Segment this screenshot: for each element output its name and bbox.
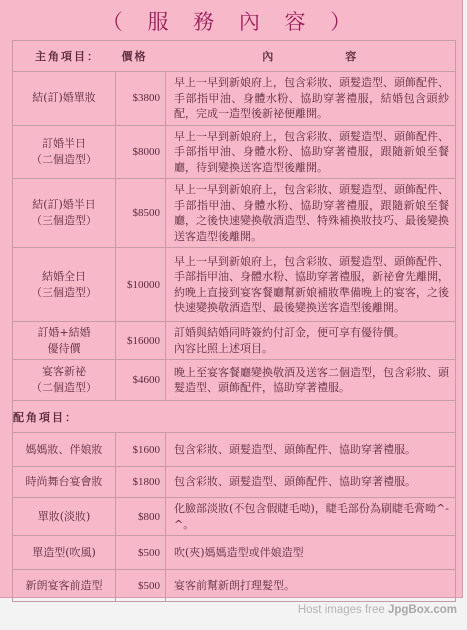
table-row: 結(訂)婚單妝 $3800 早上一早到新娘府上，包含彩妝、頭髮造型、頭飾配件、手… xyxy=(13,72,456,126)
table-row: 結婚全日（三個造型） $10000 早上一早到新娘府上，包含彩妝、頭髮造型、頭飾… xyxy=(13,248,456,322)
section-header-row: 配角項目： xyxy=(13,401,456,433)
table-row: 單妝(淡妝) $800 化臉部淡妝(不包含假睫毛呦)，睫毛部份為刷睫毛膏呦^-^… xyxy=(13,498,456,536)
service-content: 早上一早到新娘府上，包含彩妝、頭髮造型、頭飾配件、手部指甲油、身體水粉、協助穿著… xyxy=(166,248,456,322)
service-content: 包含彩妝、頭髮造型、頭飾配件、協助穿著禮服。 xyxy=(166,467,456,498)
service-price: $10000 xyxy=(116,248,166,322)
section-accessory-items: 配角項目： xyxy=(13,401,456,433)
service-content: 早上一早到新娘府上，包含彩妝、頭髮造型、頭飾配件、手部指甲油、身體水粉、協助穿著… xyxy=(166,72,456,126)
page-title: （ 服 務 內 容 ） xyxy=(0,6,462,36)
table-row: 媽媽妝、伴娘妝 $1600 包含彩妝、頭髮造型、頭飾配件、協助穿著禮服。 xyxy=(13,433,456,467)
table-row: 新朗宴客前造型 $500 宴客前幫新朗打理髮型。 xyxy=(13,570,456,602)
service-price: $1800 xyxy=(116,467,166,498)
service-name: 單造型(吹風) xyxy=(13,536,116,570)
service-price: $3800 xyxy=(116,72,166,126)
host-footer: Host images free JpgBox.com xyxy=(298,604,457,616)
service-price: $8000 xyxy=(116,125,166,179)
service-name: 結(訂)婚半日（三個造型） xyxy=(13,179,116,248)
service-content: 化臉部淡妝(不包含假睫毛呦)，睫毛部份為刷睫毛膏呦^-^。 xyxy=(166,498,456,536)
service-price: $500 xyxy=(116,570,166,602)
header-content-char-2: 容 xyxy=(345,48,358,64)
service-price: $1600 xyxy=(116,433,166,467)
service-name: 時尚舞台宴會妝 xyxy=(13,467,116,498)
service-name: 訂婚半日（二個造型） xyxy=(13,125,116,179)
price-list-panel: （ 服 務 內 容 ） 主角項目： 價格 內容 結(訂)婚單妝 $3800 早上… xyxy=(0,0,463,598)
table-header-row: 主角項目： 價格 內容 xyxy=(13,41,456,72)
service-content: 早上一早到新娘府上，包含彩妝、頭髮造型、頭飾配件、手部指甲油、身體水粉、協助穿著… xyxy=(166,179,456,248)
header-price: 價格 xyxy=(116,41,166,72)
service-content: 早上一早到新娘府上，包含彩妝、頭髮造型、頭飾配件、手部指甲油、身體水粉、協助穿著… xyxy=(166,125,456,179)
service-table: 主角項目： 價格 內容 結(訂)婚單妝 $3800 早上一早到新娘府上，包含彩妝… xyxy=(12,40,456,602)
service-price: $4600 xyxy=(116,360,166,401)
service-name: 結(訂)婚單妝 xyxy=(13,72,116,126)
service-content: 晚上至宴客餐廳變換敬酒及送客二個造型，包含彩妝、頭髮造型、頭飾配件，協助穿著禮服… xyxy=(166,360,456,401)
service-name: 宴客新祕（二個造型） xyxy=(13,360,116,401)
header-content-char-1: 內 xyxy=(262,48,275,64)
service-name: 媽媽妝、伴娘妝 xyxy=(13,433,116,467)
footer-brand-link[interactable]: JpgBox.com xyxy=(388,604,457,616)
service-name: 單妝(淡妝) xyxy=(13,498,116,536)
service-content: 吹(夾)媽媽造型或伴娘造型 xyxy=(166,536,456,570)
table-row: 訂婚+結婚優待價 $16000 訂婚與結婚同時簽約付訂金，便可享有優待價。 內容… xyxy=(13,322,456,360)
service-name: 訂婚+結婚優待價 xyxy=(13,322,116,360)
service-content: 包含彩妝、頭髮造型、頭飾配件、協助穿著禮服。 xyxy=(166,433,456,467)
service-price: $500 xyxy=(116,536,166,570)
service-name: 結婚全日（三個造型） xyxy=(13,248,116,322)
table-row: 時尚舞台宴會妝 $1800 包含彩妝、頭髮造型、頭飾配件、協助穿著禮服。 xyxy=(13,467,456,498)
service-price: $800 xyxy=(116,498,166,536)
footer-text: Host images free xyxy=(298,604,388,616)
header-main-items: 主角項目： xyxy=(13,41,116,72)
table-row: 訂婚半日（二個造型） $8000 早上一早到新娘府上，包含彩妝、頭髮造型、頭飾配… xyxy=(13,125,456,179)
table-row: 宴客新祕（二個造型） $4600 晚上至宴客餐廳變換敬酒及送客二個造型，包含彩妝… xyxy=(13,360,456,401)
service-content: 宴客前幫新朗打理髮型。 xyxy=(166,570,456,602)
service-name: 新朗宴客前造型 xyxy=(13,570,116,602)
service-price: $16000 xyxy=(116,322,166,360)
header-content: 內容 xyxy=(166,41,456,72)
table-row: 結(訂)婚半日（三個造型） $8500 早上一早到新娘府上，包含彩妝、頭髮造型、… xyxy=(13,179,456,248)
service-price: $8500 xyxy=(116,179,166,248)
service-content: 訂婚與結婚同時簽約付訂金，便可享有優待價。 內容比照上述項目。 xyxy=(166,322,456,360)
table-row: 單造型(吹風) $500 吹(夾)媽媽造型或伴娘造型 xyxy=(13,536,456,570)
